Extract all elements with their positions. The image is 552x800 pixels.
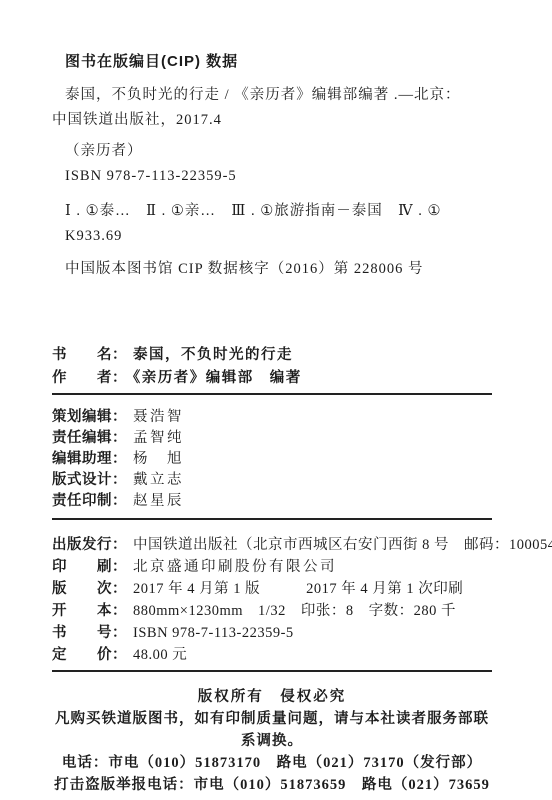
publication-row-publisher: 出版发行：中国铁道出版社（北京市西城区右安门西街 8 号 邮码：100054）	[52, 534, 492, 556]
staff-value: 孟智纯	[133, 430, 184, 446]
cip-publisher-line: 中国铁道出版社，2017.4	[52, 108, 492, 133]
cip-isbn: ISBN 978-7-113-22359-5	[65, 164, 492, 189]
cip-body: 泰国，不负时光的行走 / 《亲历者》编辑部编著 .—北京： 中国铁道出版社，20…	[52, 83, 492, 282]
staff-row-print-supervisor: 责任印制：赵星辰	[52, 491, 492, 512]
publication-edition-value: 2017 年 4 月第 1 版	[133, 581, 260, 597]
staff-label: 版式设计：	[52, 472, 127, 488]
staff-row-layout-designer: 版式设计：戴立志	[52, 470, 492, 491]
staff-row-responsible-editor: 责任编辑：孟智纯	[52, 428, 492, 449]
footer-phone-line: 电话：市电（010）51873170 路电（021）73170（发行部）	[52, 752, 492, 774]
publication-section: 出版发行：中国铁道出版社（北京市西城区右安门西街 8 号 邮码：100054） …	[52, 534, 492, 666]
cip-record: 中国版本图书馆 CIP 数据核字（2016）第 228006 号	[65, 257, 492, 282]
staff-label: 策划编辑：	[52, 409, 127, 425]
staff-label: 编辑助理：	[52, 451, 127, 467]
publication-row-isbn: 书 号：ISBN 978-7-113-22359-5	[52, 622, 492, 644]
book-author-row: 作 者：《亲历者》编辑部 编著	[52, 367, 492, 390]
divider-3	[52, 670, 492, 672]
cip-series: （亲历者）	[65, 139, 492, 164]
publication-row-printer: 印 刷：北京盛通印刷股份有限公司	[52, 556, 492, 578]
book-author-value: 《亲历者》编辑部 编著	[133, 370, 302, 386]
footer-exchange-line: 凡购买铁道版图书，如有印制质量问题，请与本社读者服务部联系调换。	[52, 708, 492, 752]
footer-piracy-hotline-line: 打击盗版举报电话：市电（010）51873659 路电（021）73659	[52, 774, 492, 796]
copyright-notice: 版权所有 侵权必究	[52, 686, 492, 708]
staff-value: 赵星辰	[133, 493, 184, 509]
book-title-value: 泰国，不负时光的行走	[133, 347, 293, 363]
cip-classification: Ⅰ . ①泰… Ⅱ . ①亲… Ⅲ . ①旅游指南－泰国 Ⅳ . ① K933.…	[65, 199, 492, 249]
publication-value: 中国铁道出版社（北京市西城区右安门西街 8 号 邮码：100054）	[133, 537, 552, 553]
staff-row-editorial-assistant: 编辑助理：杨 旭	[52, 449, 492, 470]
staff-value: 聂浩智	[133, 409, 184, 425]
publication-label: 印 刷：	[52, 559, 127, 575]
cip-heading: 图书在版编目(CIP) 数据	[65, 52, 492, 71]
publication-label: 出版发行：	[52, 537, 127, 553]
staff-value: 戴立志	[133, 472, 184, 488]
publication-label: 定 价：	[52, 647, 127, 663]
footer-section: 版权所有 侵权必究 凡购买铁道版图书，如有印制质量问题，请与本社读者服务部联系调…	[52, 686, 492, 796]
book-title-label: 书 名：	[52, 347, 127, 363]
divider-1	[52, 393, 492, 395]
publication-row-price: 定 价：48.00 元	[52, 644, 492, 666]
book-info-section: 书 名：泰国，不负时光的行走 作 者：《亲历者》编辑部 编著	[52, 344, 492, 390]
publication-row-format: 开 本：880mm×1230mm 1/32 印张：8 字数：280 千	[52, 600, 492, 622]
book-author-label: 作 者：	[52, 370, 127, 386]
publication-value: 880mm×1230mm 1/32 印张：8 字数：280 千	[133, 603, 456, 619]
book-title-row: 书 名：泰国，不负时光的行走	[52, 344, 492, 367]
staff-label: 责任印制：	[52, 493, 127, 509]
staff-row-planning-editor: 策划编辑：聂浩智	[52, 407, 492, 428]
publication-label: 版 次：	[52, 581, 127, 597]
copyright-page: 图书在版编目(CIP) 数据 泰国，不负时光的行走 / 《亲历者》编辑部编著 .…	[0, 0, 552, 800]
staff-value: 杨 旭	[133, 451, 184, 467]
publication-value: 48.00 元	[133, 647, 187, 663]
staff-section: 策划编辑：聂浩智 责任编辑：孟智纯 编辑助理：杨 旭 版式设计：戴立志 责任印制…	[52, 407, 492, 512]
publication-printing-value: 2017 年 4 月第 1 次印刷	[306, 581, 463, 597]
cip-section: 图书在版编目(CIP) 数据 泰国，不负时光的行走 / 《亲历者》编辑部编著 .…	[52, 52, 492, 282]
divider-2	[52, 518, 492, 520]
staff-label: 责任编辑：	[52, 430, 127, 446]
publication-label: 书 号：	[52, 625, 127, 641]
publication-value: 北京盛通印刷股份有限公司	[133, 559, 337, 575]
cip-title-line: 泰国，不负时光的行走 / 《亲历者》编辑部编著 .—北京：	[65, 83, 492, 108]
publication-row-edition: 版 次：2017 年 4 月第 1 版2017 年 4 月第 1 次印刷	[52, 578, 492, 600]
publication-value: ISBN 978-7-113-22359-5	[133, 625, 294, 641]
publication-label: 开 本：	[52, 603, 127, 619]
